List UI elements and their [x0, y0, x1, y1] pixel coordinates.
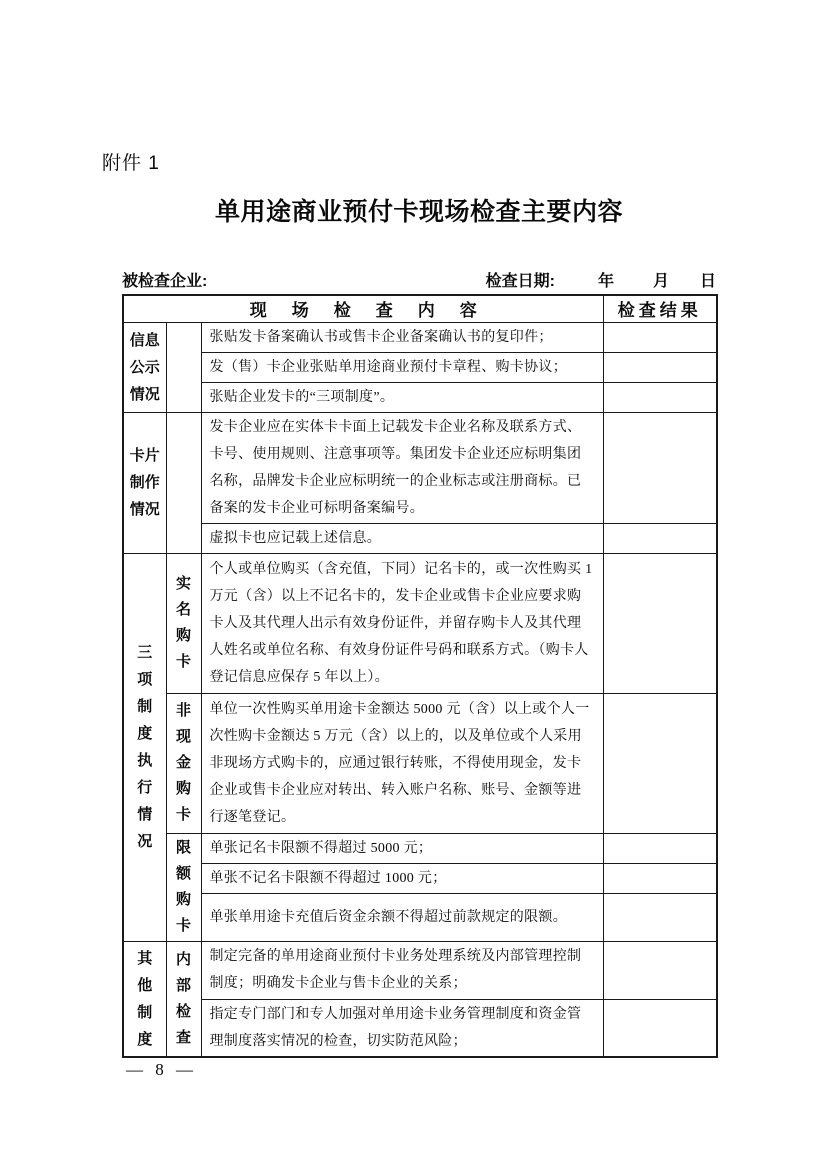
date-year-label: 年: [598, 268, 614, 291]
content-cell: 发（售）卡企业张贴单用途商业预付卡章程、购卡协议；: [201, 352, 603, 382]
content-cell: 发卡企业应在实体卡卡面上记载发卡企业名称及联系方式、 卡号、使用规则、注意事项等…: [201, 412, 603, 523]
inspection-date-group: 检查日期: 年 月 日: [486, 268, 716, 291]
inspection-table: 现场检查内容 检查结果 信息 公示 情况 张贴发卡备案确认书或售卡企业备案确认书…: [122, 294, 718, 1058]
table-row: 单张单用途卡充值后资金余额不得超过前款规定的限额。: [123, 893, 717, 941]
category-cell: 其 他 制 度: [123, 941, 166, 1057]
result-cell: [603, 553, 717, 693]
table-row: 非 现 金 购 卡 单位一次性购买单用途卡金额达 5000 元（含）以上或个人一…: [123, 693, 717, 833]
result-cell: [603, 352, 717, 382]
table-row: 单张不记名卡限额不得超过 1000 元；: [123, 863, 717, 893]
document-page: 附件 1 单用途商业预付卡现场检查主要内容 被检查企业: 检查日期: 年 月 日…: [0, 0, 827, 1169]
table-row: 发（售）卡企业张贴单用途商业预付卡章程、购卡协议；: [123, 352, 717, 382]
content-cell: 单张不记名卡限额不得超过 1000 元；: [201, 863, 603, 893]
page-number: — 8 —: [126, 1060, 197, 1080]
table-row: 信息 公示 情况 张贴发卡备案确认书或售卡企业备案确认书的复印件；: [123, 322, 717, 352]
subcategory-cell: 实 名 购 卡: [166, 553, 201, 693]
header-content-cell: 现场检查内容: [123, 295, 603, 322]
result-cell: [603, 893, 717, 941]
table-row: 限 额 购 卡 单张记名卡限额不得超过 5000 元；: [123, 833, 717, 863]
content-cell: 指定专门部门和专人加强对单用途卡业务管理制度和资金管 理制度落实情况的检查，切实…: [201, 999, 603, 1057]
content-cell: 制定完备的单用途商业预付卡业务处理系统及内部管理控制 制度；明确发卡企业与售卡企…: [201, 941, 603, 999]
content-cell: 单张记名卡限额不得超过 5000 元；: [201, 833, 603, 863]
result-cell: [603, 863, 717, 893]
table-row: 指定专门部门和专人加强对单用途卡业务管理制度和资金管 理制度落实情况的检查，切实…: [123, 999, 717, 1057]
result-cell: [603, 322, 717, 352]
header-result-cell: 检查结果: [603, 295, 717, 322]
result-cell: [603, 693, 717, 833]
inspected-company-label: 被检查企业:: [122, 268, 207, 291]
content-cell: 个人或单位购买（含充值，下同）记名卡的，或一次性购买 1 万元（含）以上不记名卡…: [201, 553, 603, 693]
content-cell: 张贴发卡备案确认书或售卡企业备案确认书的复印件；: [201, 322, 603, 352]
content-cell: 张贴企业发卡的“三项制度”。: [201, 382, 603, 412]
date-month-label: 月: [653, 268, 669, 291]
result-cell: [603, 412, 717, 523]
meta-row: 被检查企业: 检查日期: 年 月 日: [122, 268, 716, 291]
document-title: 单用途商业预付卡现场检查主要内容: [122, 192, 716, 228]
subcategory-cell: 限 额 购 卡: [166, 833, 201, 941]
table-row: 虚拟卡也应记载上述信息。: [123, 523, 717, 553]
content-cell: 单位一次性购买单用途卡金额达 5000 元（含）以上或个人一 次性购卡金额达 5…: [201, 693, 603, 833]
table-row: 其 他 制 度 内 部 检 查 制定完备的单用途商业预付卡业务处理系统及内部管理…: [123, 941, 717, 999]
subcategory-cell: 非 现 金 购 卡: [166, 693, 201, 833]
date-day-label: 日: [700, 268, 716, 291]
subcategory-cell: [166, 412, 201, 553]
result-cell: [603, 999, 717, 1057]
result-cell: [603, 382, 717, 412]
table-row: 张贴企业发卡的“三项制度”。: [123, 382, 717, 412]
category-cell: 信息 公示 情况: [123, 322, 166, 412]
attachment-label: 附件 1: [102, 148, 160, 175]
result-cell: [603, 941, 717, 999]
table-row: 三 项 制 度 执 行 情 况 实 名 购 卡 个人或单位购买（含充值，下同）记…: [123, 553, 717, 693]
table-row: 卡片 制作 情况 发卡企业应在实体卡卡面上记载发卡企业名称及联系方式、 卡号、使…: [123, 412, 717, 523]
result-cell: [603, 523, 717, 553]
content-cell: 单张单用途卡充值后资金余额不得超过前款规定的限额。: [201, 893, 603, 941]
table-header-row: 现场检查内容 检查结果: [123, 295, 717, 322]
result-cell: [603, 833, 717, 863]
subcategory-cell: [166, 322, 201, 412]
inspection-date-label: 检查日期:: [486, 268, 555, 291]
category-cell: 三 项 制 度 执 行 情 况: [123, 553, 166, 941]
category-cell: 卡片 制作 情况: [123, 412, 166, 553]
content-cell: 虚拟卡也应记载上述信息。: [201, 523, 603, 553]
subcategory-cell: 内 部 检 查: [166, 941, 201, 1057]
